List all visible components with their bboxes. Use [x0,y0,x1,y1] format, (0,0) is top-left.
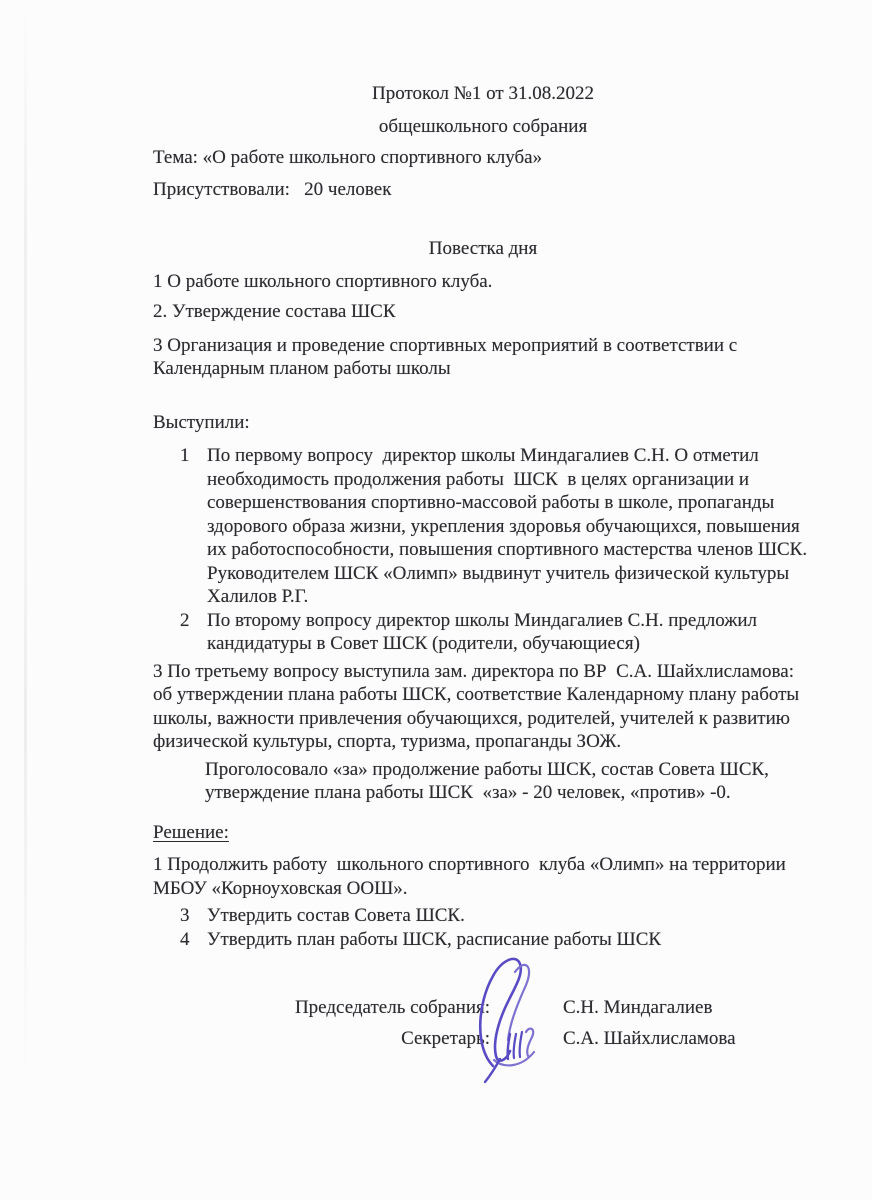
document-title-line2: общешкольного собрания [153,115,813,139]
agenda-item: 2. Утверждение состава ШСК [153,300,813,324]
list-item-text: По первому вопросу директор школы Миндаг… [207,444,813,609]
decision-heading: Решение: [153,821,813,845]
list-item: 4 Утвердить план работы ШСК, расписание … [153,928,813,952]
list-item: 1 По первому вопросу директор школы Минд… [153,444,813,609]
list-item-number: 3 [153,904,207,928]
document-topic-line: Тема: «О работе школьного спортивного кл… [153,146,813,170]
list-item: 3 Утвердить состав Совета ШСК. [153,904,813,928]
chairman-label: Председатель собрания: [153,996,490,1020]
vote-result-paragraph: Проголосовало «за» продолжение работы ШС… [205,758,813,805]
speeches-heading: Выступили: [153,411,813,435]
secretary-label: Секретарь: [153,1027,490,1051]
signature-space [490,1027,563,1051]
agenda-heading: Повестка дня [153,237,813,261]
agenda-item: 3 Организация и проведение спортивных ме… [153,334,813,381]
speeches-list: 1 По первому вопросу директор школы Минд… [153,444,813,656]
list-item-text: Утвердить план работы ШСК, расписание ра… [207,928,813,952]
list-item-number: 4 [153,928,207,952]
attendees-line: Присутствовали: 20 человек [153,178,813,202]
list-item-number: 1 [153,444,207,468]
secretary-name: С.А. Шайхлисламова [563,1027,813,1051]
decision-list: 3 Утвердить состав Совета ШСК. 4 Утверди… [153,904,813,951]
scanned-protocol-page: Протокол №1 от 31.08.2022 общешкольного … [0,0,872,1200]
list-item: 2 По второму вопросу директор школы Минд… [153,609,813,656]
list-item-text: По второму вопросу директор школы Миндаг… [207,609,813,656]
signature-space [490,996,563,1020]
decision-first-item: 1 Продолжить работу школьного спортивног… [153,853,813,900]
chairman-signature-row: Председатель собрания: С.Н. Миндагалиев [153,996,813,1020]
third-question-paragraph: 3 По третьему вопросу выступила зам. дир… [153,660,813,754]
document-content: Протокол №1 от 31.08.2022 общешкольного … [153,82,813,1050]
signature-block: Председатель собрания: С.Н. Миндагалиев … [153,996,813,1050]
secretary-signature-row: Секретарь: С.А. Шайхлисламова [153,1027,813,1051]
document-title-line1: Протокол №1 от 31.08.2022 [153,82,813,106]
chairman-name: С.Н. Миндагалиев [563,996,813,1020]
list-item-text: Утвердить состав Совета ШСК. [207,904,813,928]
agenda-item: 1 О работе школьного спортивного клуба. [153,270,813,294]
list-item-number: 2 [153,609,207,633]
scanner-edge-artifact [24,0,27,1200]
